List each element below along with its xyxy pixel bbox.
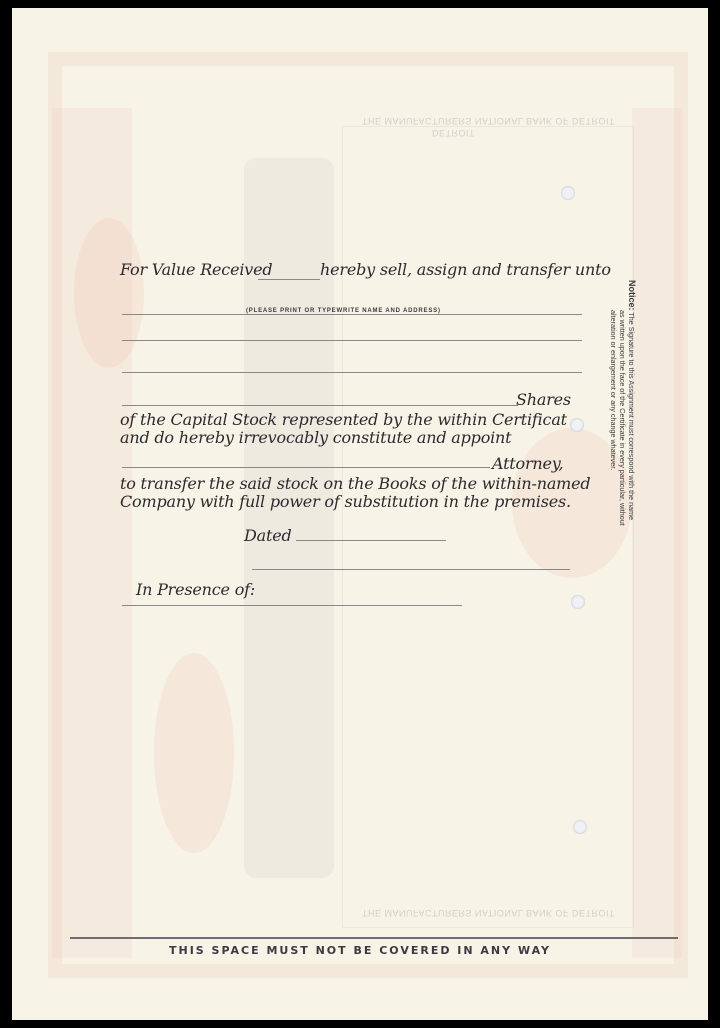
punch-hole bbox=[561, 186, 575, 200]
hereby-sell-label: hereby sell, assign and transfer unto bbox=[320, 260, 611, 279]
notice-line-1: The Signature to this Assignment must co… bbox=[627, 312, 636, 520]
signature-notice: Notice: The Signature to this Assignment… bbox=[609, 280, 636, 560]
notice-line-3: alteration or enlargement or any change … bbox=[609, 280, 618, 560]
attorney-label: Attorney, bbox=[492, 454, 563, 473]
punch-hole bbox=[571, 595, 585, 609]
notice-label: Notice: bbox=[627, 280, 637, 311]
transferee-address-line-2[interactable] bbox=[122, 372, 582, 373]
punch-hole bbox=[570, 418, 584, 432]
shares-count-line[interactable] bbox=[122, 405, 518, 406]
witness-line[interactable] bbox=[122, 605, 462, 606]
bleed-through-left-band bbox=[52, 108, 132, 958]
bleed-through-seal-bottom bbox=[154, 653, 234, 853]
company-text: Company with full power of substitution … bbox=[120, 492, 571, 511]
for-value-received-label: For Value Received bbox=[120, 260, 272, 279]
punch-hole bbox=[573, 820, 587, 834]
transferee-name-line[interactable] bbox=[122, 314, 582, 315]
signature-line[interactable] bbox=[252, 569, 570, 570]
capital-stock-text: of the Capital Stock represented by the … bbox=[120, 410, 567, 429]
bleed-through-registrar: THE MANUFACTURERS NATIONAL BANK OF DETRO… bbox=[362, 116, 615, 126]
certificate-back: THE MANUFACTURERS NATIONAL BANK OF DETRO… bbox=[12, 8, 708, 1020]
print-instruction: (PLEASE PRINT OR TYPEWRITE NAME AND ADDR… bbox=[246, 308, 441, 314]
bleed-through-city: DETROIT bbox=[432, 128, 475, 138]
shares-label: Shares bbox=[516, 390, 571, 409]
in-presence-of-label: In Presence of: bbox=[136, 580, 255, 599]
grantor-blank-line[interactable] bbox=[258, 279, 320, 280]
transfer-text: to transfer the said stock on the Books … bbox=[120, 474, 590, 493]
notice-line-2: as written upon the face of the Certific… bbox=[618, 280, 627, 560]
bleed-through-registrar-bottom: THE MANUFACTURERS NATIONAL BANK OF DETRO… bbox=[362, 908, 615, 918]
date-line[interactable] bbox=[296, 540, 446, 541]
dated-label: Dated bbox=[244, 526, 292, 545]
footer-divider bbox=[70, 937, 678, 939]
bleed-through-right-band bbox=[632, 108, 682, 958]
transferee-address-line-1[interactable] bbox=[122, 340, 582, 341]
attorney-name-line[interactable] bbox=[122, 467, 490, 468]
do-not-cover-warning: THIS SPACE MUST NOT BE COVERED IN ANY WA… bbox=[12, 944, 708, 957]
constitute-text: and do hereby irrevocably constitute and… bbox=[120, 428, 511, 447]
